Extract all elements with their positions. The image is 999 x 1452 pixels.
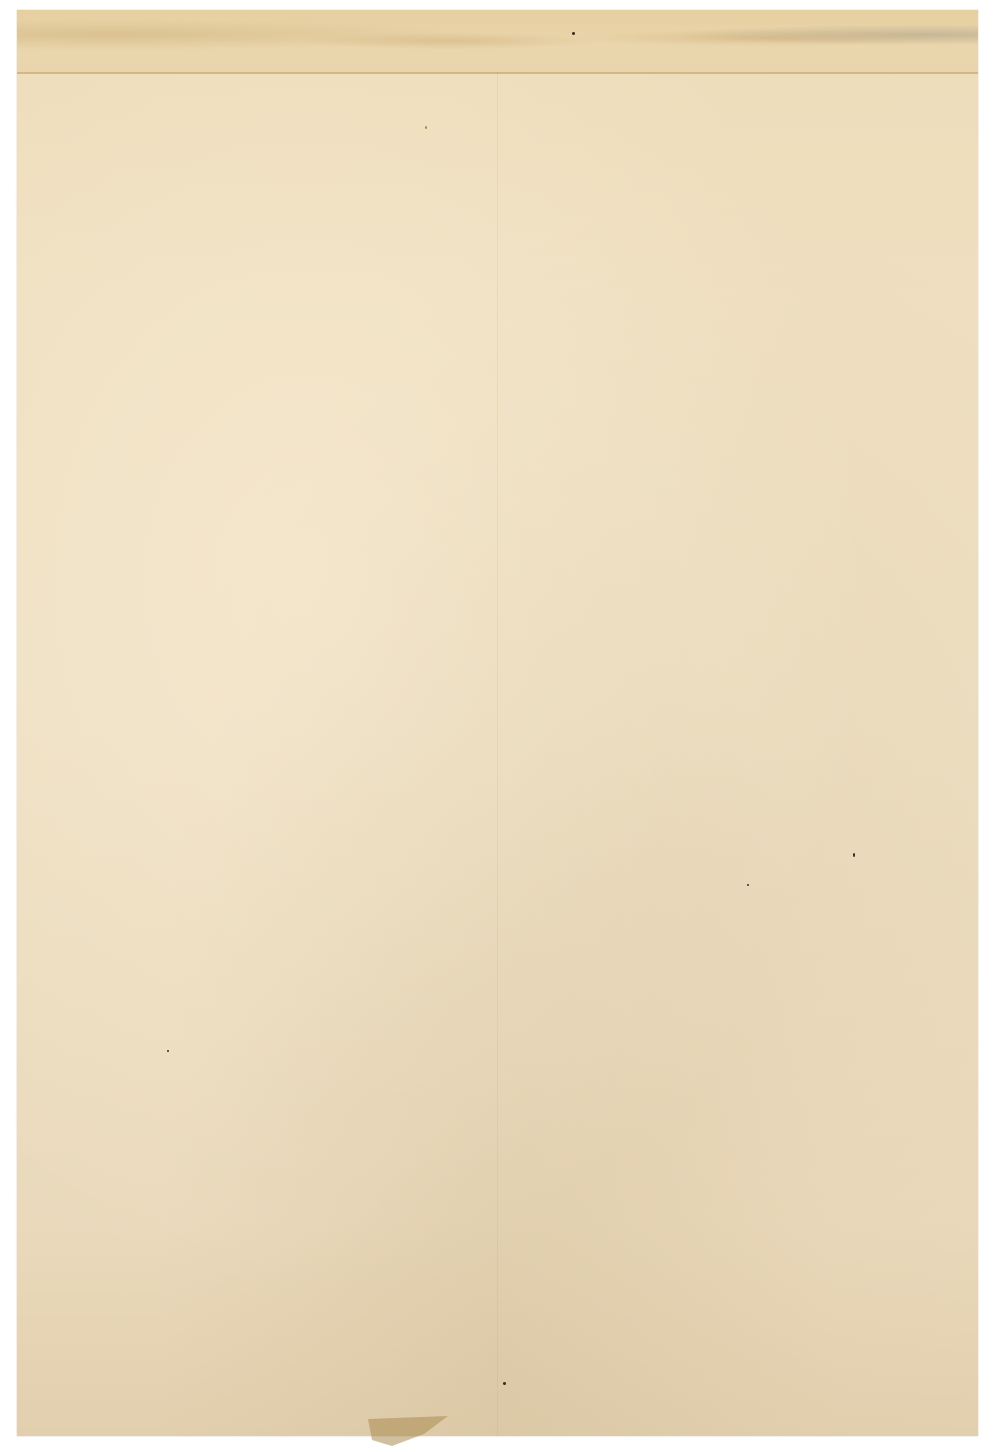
paper-speck xyxy=(503,1382,506,1385)
paper-top-stained-band xyxy=(17,10,978,74)
paper-bottom-stain xyxy=(368,1416,448,1446)
paper-speck xyxy=(747,884,749,886)
paper-speck xyxy=(425,126,427,129)
paper-speck xyxy=(572,32,575,35)
paper-speck xyxy=(853,853,855,857)
paper-sheet xyxy=(17,10,978,1436)
paper-fold-line xyxy=(497,72,498,1436)
paper-speck xyxy=(167,1050,169,1052)
